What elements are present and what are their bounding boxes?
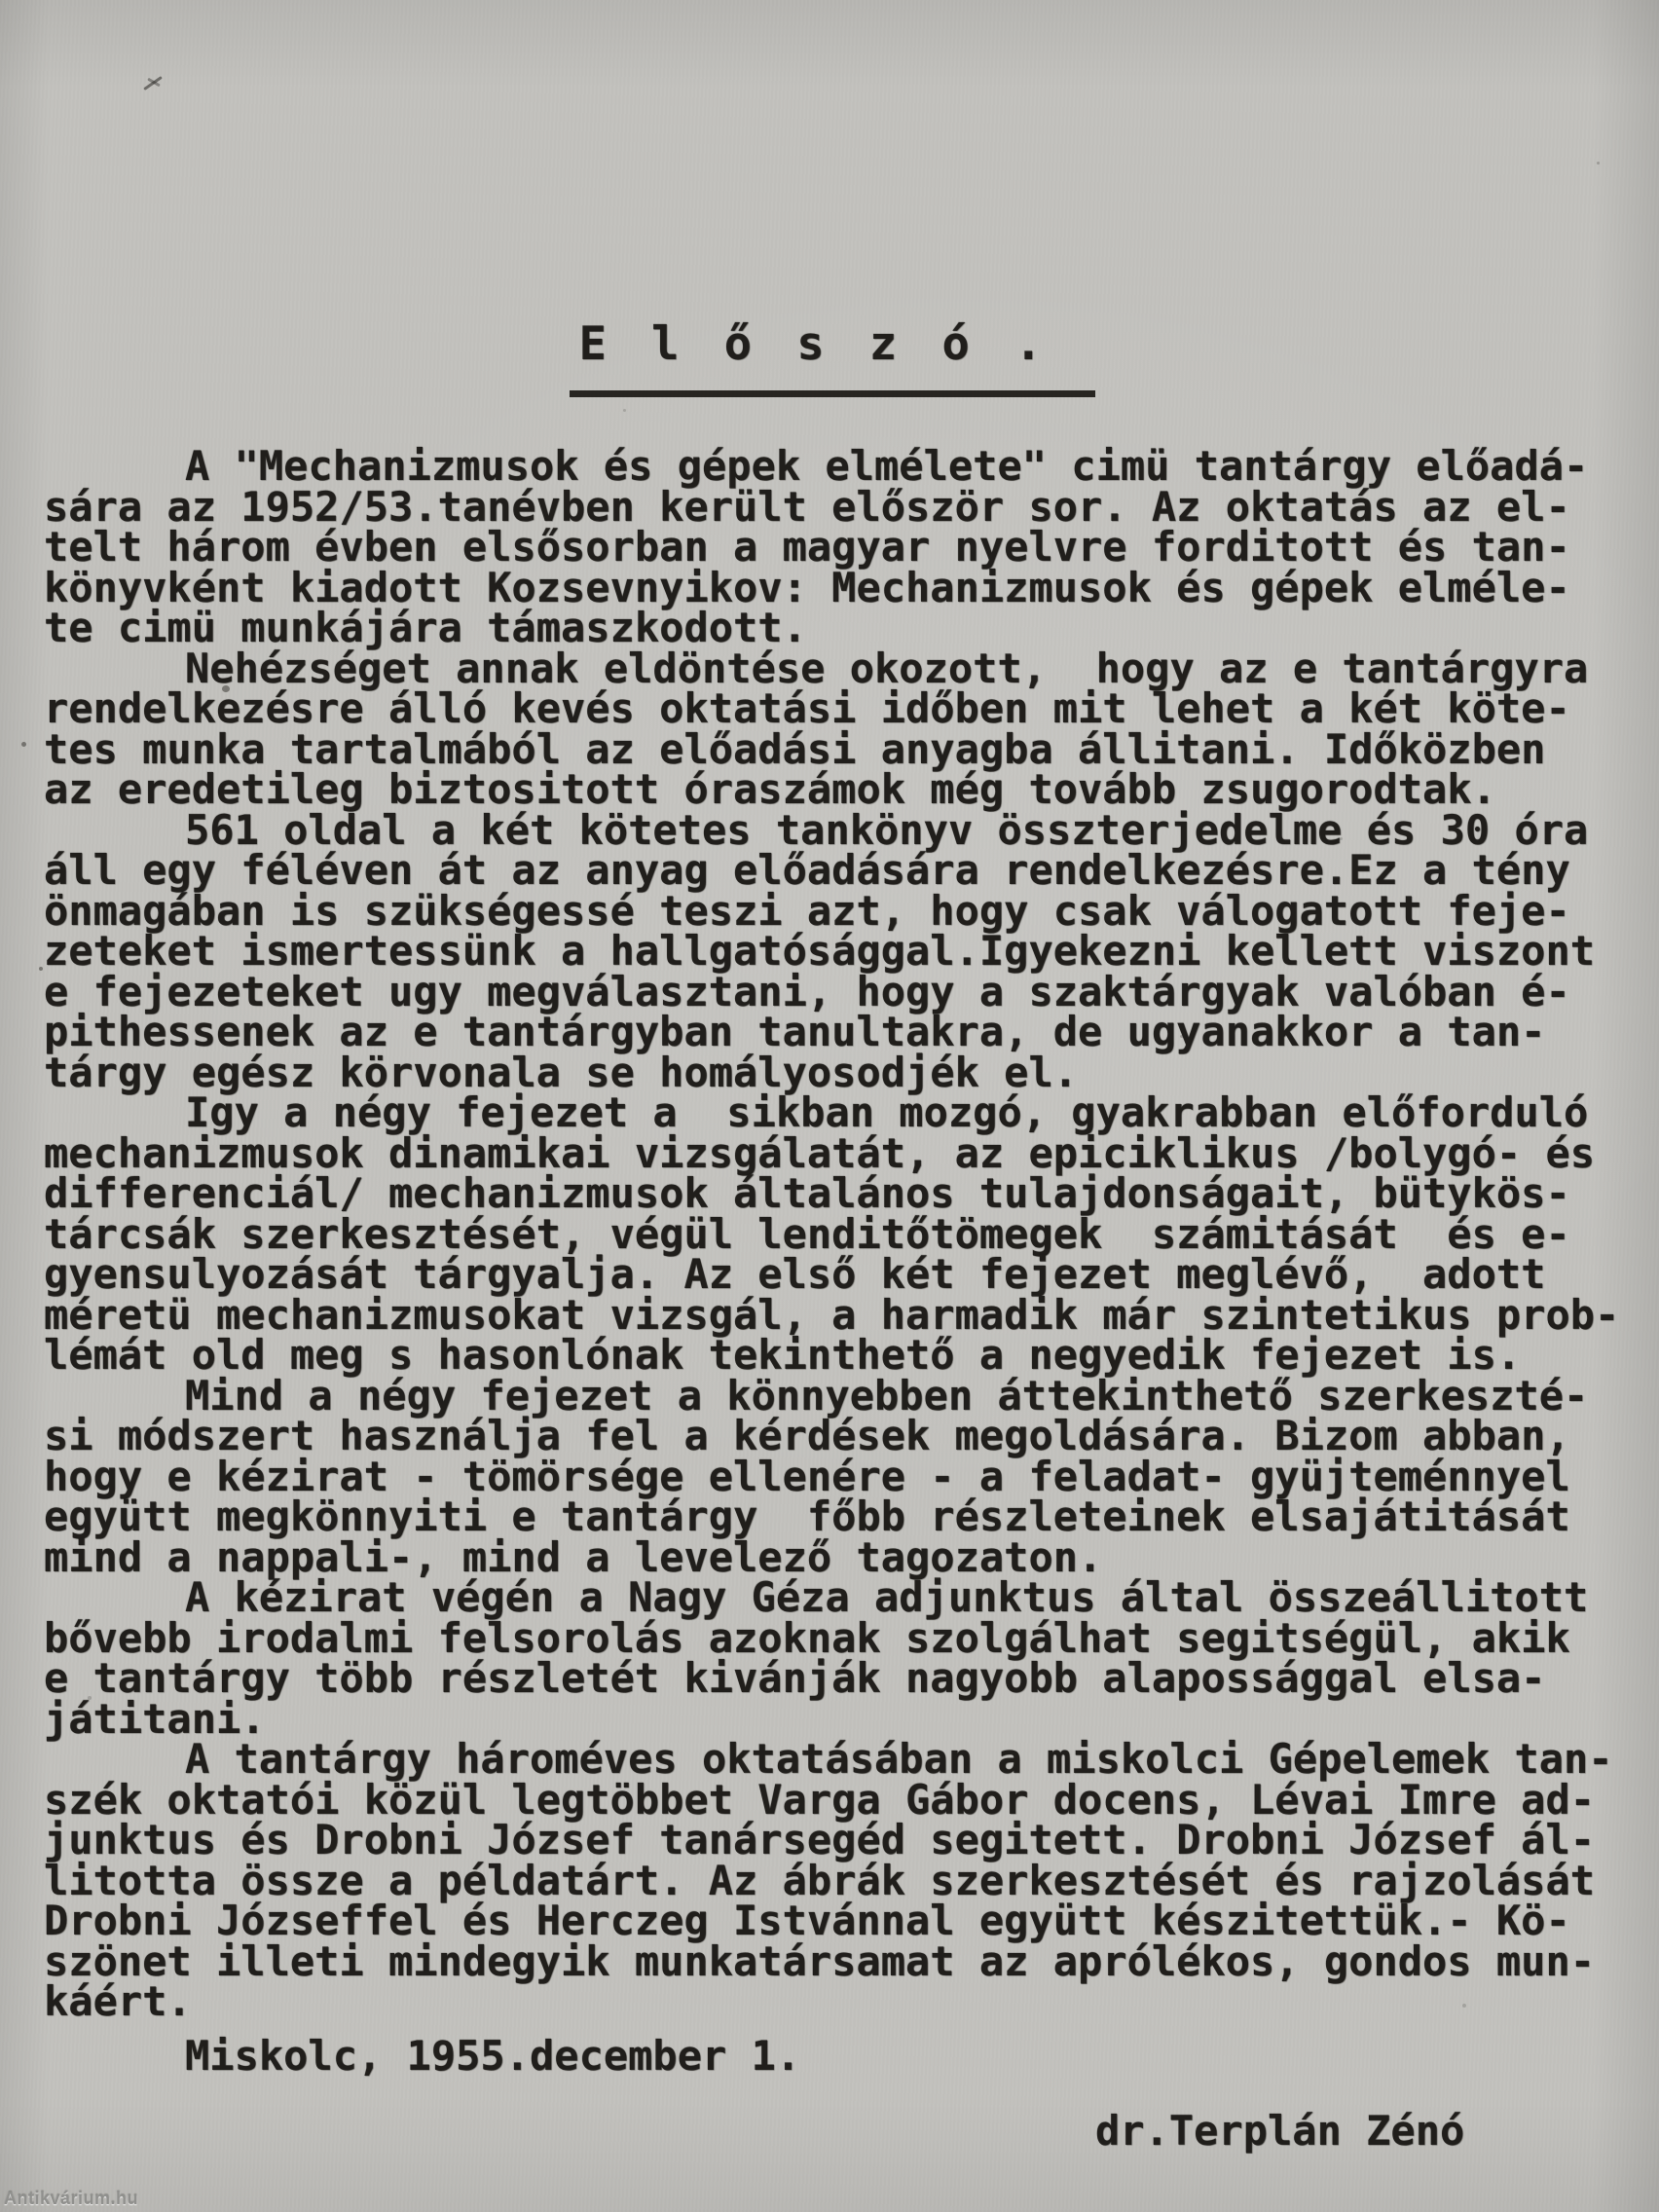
dateline: Miskolc, 1955.december 1. <box>44 2036 1621 2077</box>
paragraph: 561 oldal a két kötetes tankönyv összter… <box>44 810 1621 1093</box>
antikvarium-watermark: Antikvárium.hu <box>4 2189 138 2209</box>
paper-speck <box>21 742 26 747</box>
paper-speck <box>1597 162 1600 165</box>
signature: dr.Terplán Zénó <box>44 2111 1621 2152</box>
scanned-document-page: E l ő s z ó . A "Mechanizmusok és gépek … <box>0 0 1659 2212</box>
paragraph: Nehézséget annak eldöntése okozott, hogy… <box>44 648 1621 810</box>
paragraph: A "Mechanizmusok és gépek elmélete" cimü… <box>44 446 1621 648</box>
text-column: E l ő s z ó . A "Mechanizmusok és gépek … <box>44 321 1621 2152</box>
paragraph: A kézirat végén a Nagy Géza adjunktus ál… <box>44 1577 1621 1739</box>
paragraph: A tantárgy hároméves oktatásában a misko… <box>44 1739 1621 2022</box>
paper-speck <box>39 967 43 971</box>
paragraph: Igy a négy fejezet a sikban mozgó, gyakr… <box>44 1092 1621 1376</box>
title-row: E l ő s z ó . <box>44 321 1621 397</box>
paragraph: Mind a négy fejezet a könnyebben áttekin… <box>44 1376 1621 1578</box>
page-title: E l ő s z ó . <box>570 321 1096 397</box>
